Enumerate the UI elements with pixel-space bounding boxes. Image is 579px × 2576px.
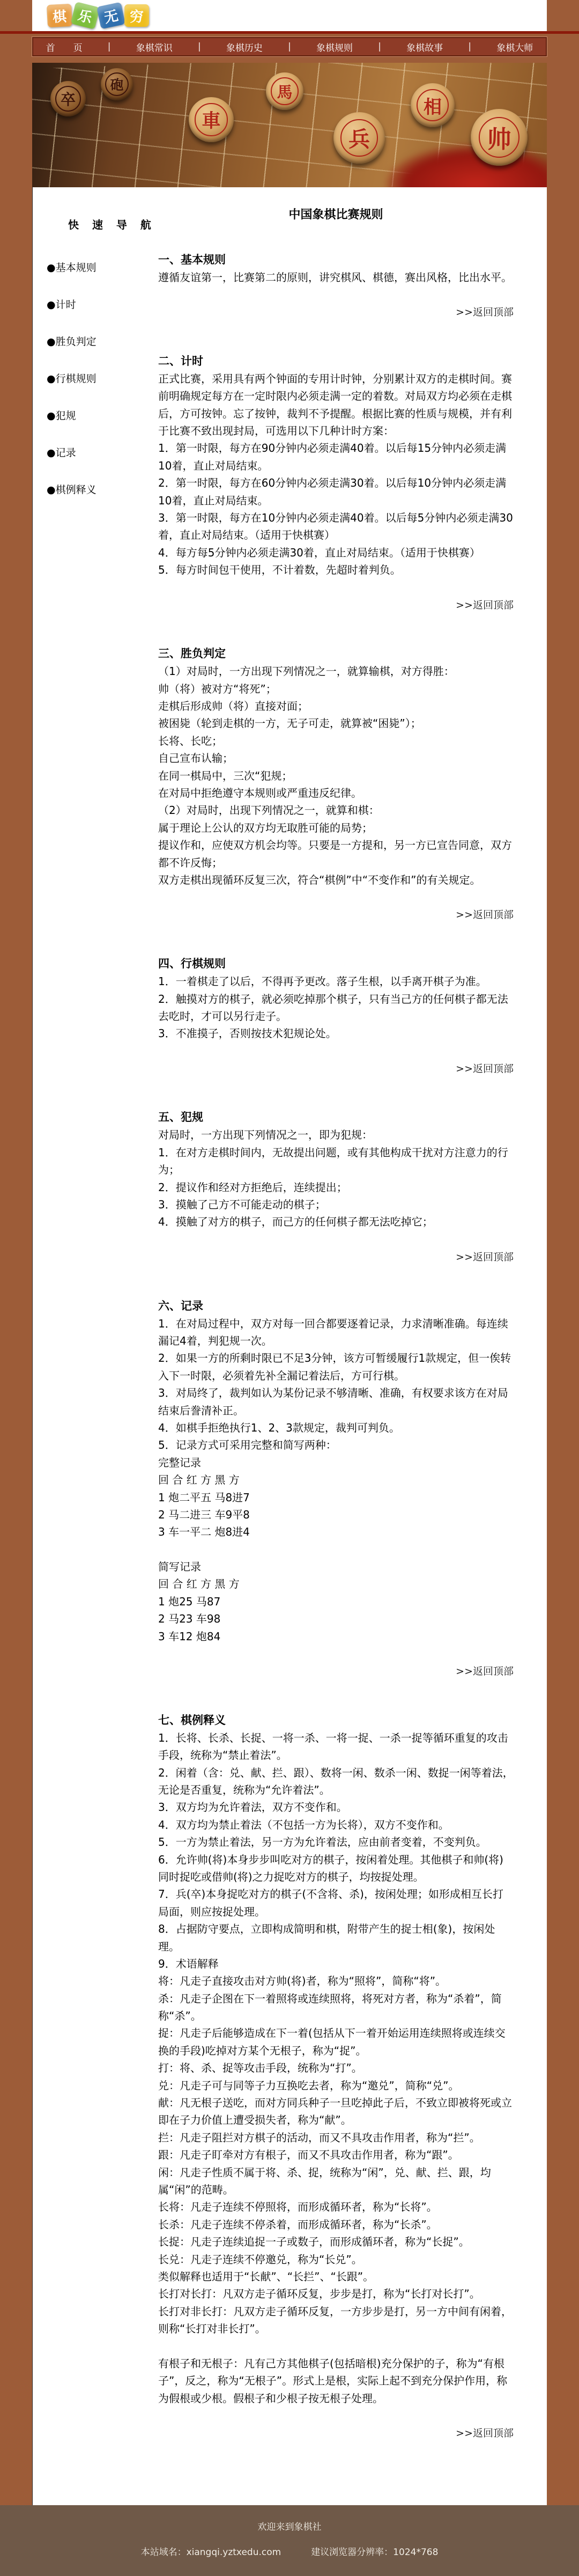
nav-item[interactable]: 首 页	[46, 40, 83, 54]
header-strip: 棋乐无穷	[32, 0, 547, 31]
site-header: 棋乐无穷	[0, 0, 579, 31]
section-heading: 三、胜负判定	[158, 644, 514, 663]
nav-separator: |	[108, 41, 111, 52]
nav-separator: |	[198, 41, 201, 52]
paragraph: 回 合 红 方 黑 方	[158, 1471, 514, 1488]
back-to-top-link[interactable]: >>返回顶部	[456, 1665, 514, 1677]
header-divider	[0, 31, 579, 34]
nav-separator: |	[468, 41, 471, 52]
paragraph: 在对局中拒绝遵守本规则或严重违反纪律。	[158, 784, 514, 802]
paragraph: 1 炮二平五 马8进7	[158, 1489, 514, 1506]
paragraph: 长将、长吃；	[158, 732, 514, 750]
back-to-top: >>返回顶部	[158, 597, 514, 614]
back-to-top: >>返回顶部	[158, 1249, 514, 1266]
paragraph: 长兑：凡走子连续不停邀兑，称为“长兑”。	[158, 2251, 514, 2268]
paragraph: 3．不准摸子，否则按技术犯规论处。	[158, 1025, 514, 1042]
paragraph: 3．摸触了己方不可能走动的棋子；	[158, 1196, 514, 1213]
paragraph: 1 炮25 马87	[158, 1593, 514, 1610]
nav-item[interactable]: 象棋大师	[496, 40, 533, 54]
paragraph: 捉：凡走子后能够造成在下一着(包括从下一着开始运用连续照将或连续交换的手段)吃掉…	[158, 2024, 514, 2059]
paragraph: 1．在对局过程中，双方对每一回合都要逐着记录，力求清晰准确。每连续漏记4着，判犯…	[158, 1315, 514, 1350]
paragraph: 长杀：凡走子连续不停杀着，而形成循环者，称为“长杀”。	[158, 2216, 514, 2233]
paragraph: 打：将、杀、捉等攻击手段，统称为“打”。	[158, 2059, 514, 2076]
chess-piece: 砲	[101, 68, 133, 100]
paragraph: 2．如果一方的所剩时限已不足3分钟，该方可暂缓履行1款规定，但一俟转入下一时限，…	[158, 1349, 514, 1384]
paragraph: 类似解释也适用于“长献”、“长拦”、“长跟”。	[158, 2268, 514, 2285]
paragraph: 杀：凡走子企图在下一着照将或连续照将，将死对方者，称为“杀着”，简称“杀”。	[158, 1990, 514, 2025]
back-to-top: >>返回顶部	[158, 1061, 514, 1077]
nav-item[interactable]: 象棋常识	[136, 40, 173, 54]
paragraph: 9．术语解释	[158, 1955, 514, 1972]
chess-piece: 相	[411, 83, 455, 127]
paragraph: 3 车一平二 炮8进4	[158, 1523, 514, 1540]
paragraph: 4．摸触了对方的棋子，而己方的任何棋子都无法吃掉它；	[158, 1213, 514, 1230]
paragraph: 跟：凡走子盯牵对方有根子，而又不具攻击作用者，称为“跟”。	[158, 2146, 514, 2163]
back-to-top: >>返回顶部	[158, 907, 514, 923]
chess-piece: 車	[189, 97, 234, 142]
paragraph: 2 马二进三 车9平8	[158, 1506, 514, 1523]
nav-separator: |	[378, 41, 381, 52]
paragraph: 5．记录方式可采用完整和简写两种：	[158, 1436, 514, 1454]
back-to-top-link[interactable]: >>返回顶部	[456, 909, 514, 921]
paragraph: 长将：凡走子连续不停照将，而形成循环者，称为“长将”。	[158, 2198, 514, 2215]
back-to-top-link[interactable]: >>返回顶部	[456, 306, 514, 318]
paragraph: 双方走棋出现循环反复三次，符合“棋例”中“不变作和”的有关规定。	[158, 871, 514, 889]
paragraph: 长打对非长打：凡双方走子循环反复，一方步步是打，另一方中间有闲着，则称“长打对非…	[158, 2303, 514, 2338]
paragraph: 3．对局终了，裁判如认为某份记录不够清晰、准确，有权要求该方在对局结束后誊清补正…	[158, 1384, 514, 1419]
sections: 一、基本规则遵循友谊第一，比赛第二的原则，讲究棋风、棋德，赛出风格，比出水平。>…	[158, 251, 514, 2442]
paragraph: 简写记录	[158, 1558, 514, 1575]
rules-section: 四、行棋规则1．一着棋走了以后，不得再予更改。落子生根，以手离开棋子为准。2．触…	[158, 955, 514, 1077]
section-heading: 七、棋例释义	[158, 1711, 514, 1729]
nav-separator: |	[288, 41, 291, 52]
paragraph: 回 合 红 方 黑 方	[158, 1575, 514, 1592]
paragraph: 正式比赛，采用具有两个钟面的专用计时钟，分别累计双方的走棋时间。赛前明确规定每方…	[158, 370, 514, 440]
chess-piece: 馬	[266, 72, 303, 110]
paragraph: （2）对局时，出现下列情况之一，就算和棋：	[158, 802, 514, 819]
back-to-top-link[interactable]: >>返回顶部	[456, 1251, 514, 1263]
hero-image: 卒砲車馬兵相帅	[32, 63, 547, 187]
nav-item[interactable]: 象棋故事	[406, 40, 443, 54]
section-heading: 四、行棋规则	[158, 955, 514, 973]
back-to-top: >>返回顶部	[158, 304, 514, 321]
paragraph: 1．第一时限，每方在90分钟内必须走满40着。以后每15分钟内必须走满10着，直…	[158, 439, 514, 474]
rules-section: 五、犯规对局时，一方出现下列情况之一，即为犯规：1．在对方走棋时间内，无故提出问…	[158, 1108, 514, 1265]
logo-tile: 乐	[71, 2, 100, 30]
paragraph: 长捉：凡走子连续追捉一子或数子，而形成循环者，称为“长捉”。	[158, 2233, 514, 2250]
content-area: 快 速 导 航 ●基本规则●计时●胜负判定●行棋规则●犯规●记录●棋例释义 中国…	[32, 187, 547, 2505]
rules-section: 三、胜负判定（1）对局时，一方出现下列情况之一，就算输棋，对方得胜：帅（将）被对…	[158, 644, 514, 923]
sidebar-item[interactable]: ●犯规	[47, 408, 157, 422]
sidebar-item[interactable]: ●胜负判定	[47, 334, 157, 348]
paragraph	[158, 1541, 514, 1558]
logo-tile: 无	[96, 2, 125, 30]
paragraph: 对局时，一方出现下列情况之一，即为犯规：	[158, 1126, 514, 1143]
sidebar: 快 速 导 航 ●基本规则●计时●胜负判定●行棋规则●犯规●记录●棋例释义	[33, 187, 157, 2505]
paragraph: 2．提议作和经对方拒绝后，连续提出；	[158, 1179, 514, 1196]
sidebar-item[interactable]: ●棋例释义	[47, 482, 157, 496]
sidebar-item[interactable]: ●行棋规则	[47, 371, 157, 385]
paragraph: 3 车12 炮84	[158, 1628, 514, 1645]
paragraph: 完整记录	[158, 1454, 514, 1471]
main-nav: 首 页|象棋常识|象棋历史|象棋规则|象棋故事|象棋大师	[32, 37, 547, 56]
paragraph: 在同一棋局中，三次“犯规；	[158, 767, 514, 784]
paragraph: 献：凡无根子送吃，而对方同兵种子一旦吃掉此子后，不致立即被将死或立即在子力价值上…	[158, 2094, 514, 2129]
chess-piece: 兵	[333, 112, 385, 164]
paragraph: 6．允许帅(将)本身步步叫吃对方的棋子，按闲着处理。其他棋子和帅(将)同时捉吃或…	[158, 1851, 514, 1886]
piece-character: 車	[195, 103, 227, 136]
chess-piece: 帅	[471, 109, 528, 166]
section-heading: 二、计时	[158, 352, 514, 370]
page: 棋乐无穷 首 页|象棋常识|象棋历史|象棋规则|象棋故事|象棋大师 卒砲車馬兵相…	[0, 0, 579, 2576]
sidebar-item[interactable]: ●基本规则	[47, 260, 157, 274]
back-to-top-link[interactable]: >>返回顶部	[456, 2427, 514, 2439]
logo-tile: 棋	[47, 4, 72, 27]
site-footer: 欢迎来到象棋社 本站域名：xiangqi.yztxedu.com建议浏览器分辨率…	[0, 2505, 579, 2576]
paragraph: 自己宣布认输；	[158, 750, 514, 767]
paragraph: 走棋后形成帅（将）直接对面；	[158, 698, 514, 715]
nav-item[interactable]: 象棋规则	[316, 40, 353, 54]
piece-character: 馬	[271, 77, 299, 105]
paragraph: 2．触摸对方的棋子，就必须吃掉那个棋子，只有当己方的任何棋子都无法去吃时，才可以…	[158, 990, 514, 1025]
paragraph: 闲：凡走子性质不属于将、杀、捉，统称为“闲”，兑、献、拦、跟，均属“闲”的范畴。	[158, 2164, 514, 2199]
logo-tile: 穷	[124, 4, 149, 27]
footer-info: 本站域名：xiangqi.yztxedu.com建议浏览器分辨率：1024*76…	[0, 2544, 579, 2558]
paragraph: 兑：凡走子可与同等子力互换吃去者，称为“邀兑”，简称“兑”。	[158, 2077, 514, 2094]
main-content: 中国象棋比赛规则 一、基本规则遵循友谊第一，比赛第二的原则，讲究棋风、棋德，赛出…	[157, 187, 547, 2505]
back-to-top-link[interactable]: >>返回顶部	[456, 1063, 514, 1075]
rules-section: 一、基本规则遵循友谊第一，比赛第二的原则，讲究棋风、棋德，赛出风格，比出水平。>…	[158, 251, 514, 321]
paragraph: 5．一方为禁止着法，另一方为允许着法，应由前者变着，不变判负。	[158, 1833, 514, 1851]
rules-section: 六、记录1．在对局过程中，双方对每一回合都要逐着记录，力求清晰准确。每连续漏记4…	[158, 1297, 514, 1680]
sidebar-list: ●基本规则●计时●胜负判定●行棋规则●犯规●记录●棋例释义	[33, 260, 157, 496]
sidebar-item[interactable]: ●记录	[47, 445, 157, 459]
back-to-top-link[interactable]: >>返回顶部	[456, 599, 514, 611]
paragraph: 将：凡走子直接攻击对方帅(将)者，称为“照将”，简称“将”。	[158, 1972, 514, 1990]
paragraph: 8．占据防守要点，立即构成简明和棋，附带产生的捉士相(象)，按闲处理。	[158, 1920, 514, 1955]
paragraph: 遵循友谊第一，比赛第二的原则，讲究棋风、棋德，赛出风格，比出水平。	[158, 269, 514, 286]
paragraph: 属于理论上公认的双方均无取胜可能的局势；	[158, 819, 514, 836]
sidebar-title: 快 速 导 航	[68, 216, 157, 232]
nav-item[interactable]: 象棋历史	[226, 40, 263, 54]
section-heading: 六、记录	[158, 1297, 514, 1315]
piece-character: 砲	[105, 72, 129, 97]
paragraph	[158, 2337, 514, 2354]
paragraph: 2．闲着（含：兑、献、拦、跟）、数将一闲、数杀一闲、数捉一闲等着法，无论是否重复…	[158, 1764, 514, 1799]
back-to-top: >>返回顶部	[158, 1663, 514, 1680]
footer-domain: 本站域名：xiangqi.yztxedu.com	[141, 2547, 281, 2558]
paragraph: 5．每方时间包干使用，不计着数，先超时着判负。	[158, 561, 514, 578]
paragraph: （1）对局时，一方出现下列情况之一，就算输棋，对方得胜：	[158, 663, 514, 680]
piece-character: 卒	[55, 86, 81, 112]
footer-welcome: 欢迎来到象棋社	[0, 2519, 579, 2533]
paragraph: 4．如棋手拒绝执行1、2、3款规定，裁判可判负。	[158, 1419, 514, 1436]
page-title: 中国象棋比赛规则	[158, 206, 514, 225]
rules-section: 二、计时正式比赛，采用具有两个钟面的专用计时钟，分别累计双方的走棋时间。赛前明确…	[158, 352, 514, 613]
paragraph: 长打对长打：凡双方走子循环反复，步步是打，称为“长打对长打”。	[158, 2285, 514, 2302]
site-logo[interactable]: 棋乐无穷	[47, 2, 150, 29]
paragraph: 4．每方每5分钟内必须走满30着，直止对局结束。（适用于快棋赛）	[158, 544, 514, 561]
chess-piece: 卒	[50, 81, 86, 116]
piece-character: 兵	[340, 119, 377, 156]
rules-section: 七、棋例释义1．长将、长杀、长捉、一将一杀、一将一捉、一杀一捉等循环重复的攻击手…	[158, 1711, 514, 2442]
footer-resolution: 建议浏览器分辨率：1024*768	[311, 2547, 438, 2558]
section-heading: 一、基本规则	[158, 251, 514, 269]
piece-character: 帅	[479, 117, 519, 158]
paragraph: 有根子和无根子：凡有己方其他棋子(包括暗根)充分保护的子，称为“有根子”，反之，…	[158, 2355, 514, 2407]
paragraph: 被困毙（轮到走棋的一方，无子可走，就算被“困毙”）；	[158, 715, 514, 732]
paragraph: 1．在对方走棋时间内，无故提出问题，或有其他构成干扰对方注意力的行为；	[158, 1144, 514, 1179]
paragraph: 4．双方均为禁止着法（不包括一方为长将），双方不变作和。	[158, 1816, 514, 1833]
paragraph: 3．双方均为允许着法，双方不变作和。	[158, 1799, 514, 1816]
paragraph: 3．第一时限，每方在10分钟内必须走满40着。以后每5分钟内必须走满30着，直止…	[158, 509, 514, 544]
paragraph: 2．第一时限，每方在60分钟内必须走满30着。以后每10分钟内必须走满10着，直…	[158, 474, 514, 509]
paragraph: 2 马23 车98	[158, 1610, 514, 1627]
paragraph: 拦：凡走子阻拦对方棋子的活动，而又不具攻击作用者，称为“拦”。	[158, 2129, 514, 2146]
piece-character: 相	[417, 89, 449, 121]
section-heading: 五、犯规	[158, 1108, 514, 1126]
sidebar-item[interactable]: ●计时	[47, 297, 157, 311]
paragraph: 7．兵(卒)本身捉吃对方的棋子(不含将、杀)，按闲处理；如形成相互长打局面，则应…	[158, 1885, 514, 1920]
back-to-top: >>返回顶部	[158, 2425, 514, 2442]
paragraph: 1．一着棋走了以后，不得再予更改。落子生根，以手离开棋子为准。	[158, 973, 514, 990]
paragraph: 1．长将、长杀、长捉、一将一杀、一将一捉、一杀一捉等循环重复的攻击手段，统称为“…	[158, 1729, 514, 1764]
paragraph: 提议作和，应使双方机会均等。只要是一方提和，另一方已宣告同意，双方都不许反悔；	[158, 836, 514, 871]
paragraph: 帅（将）被对方“将死”；	[158, 680, 514, 698]
